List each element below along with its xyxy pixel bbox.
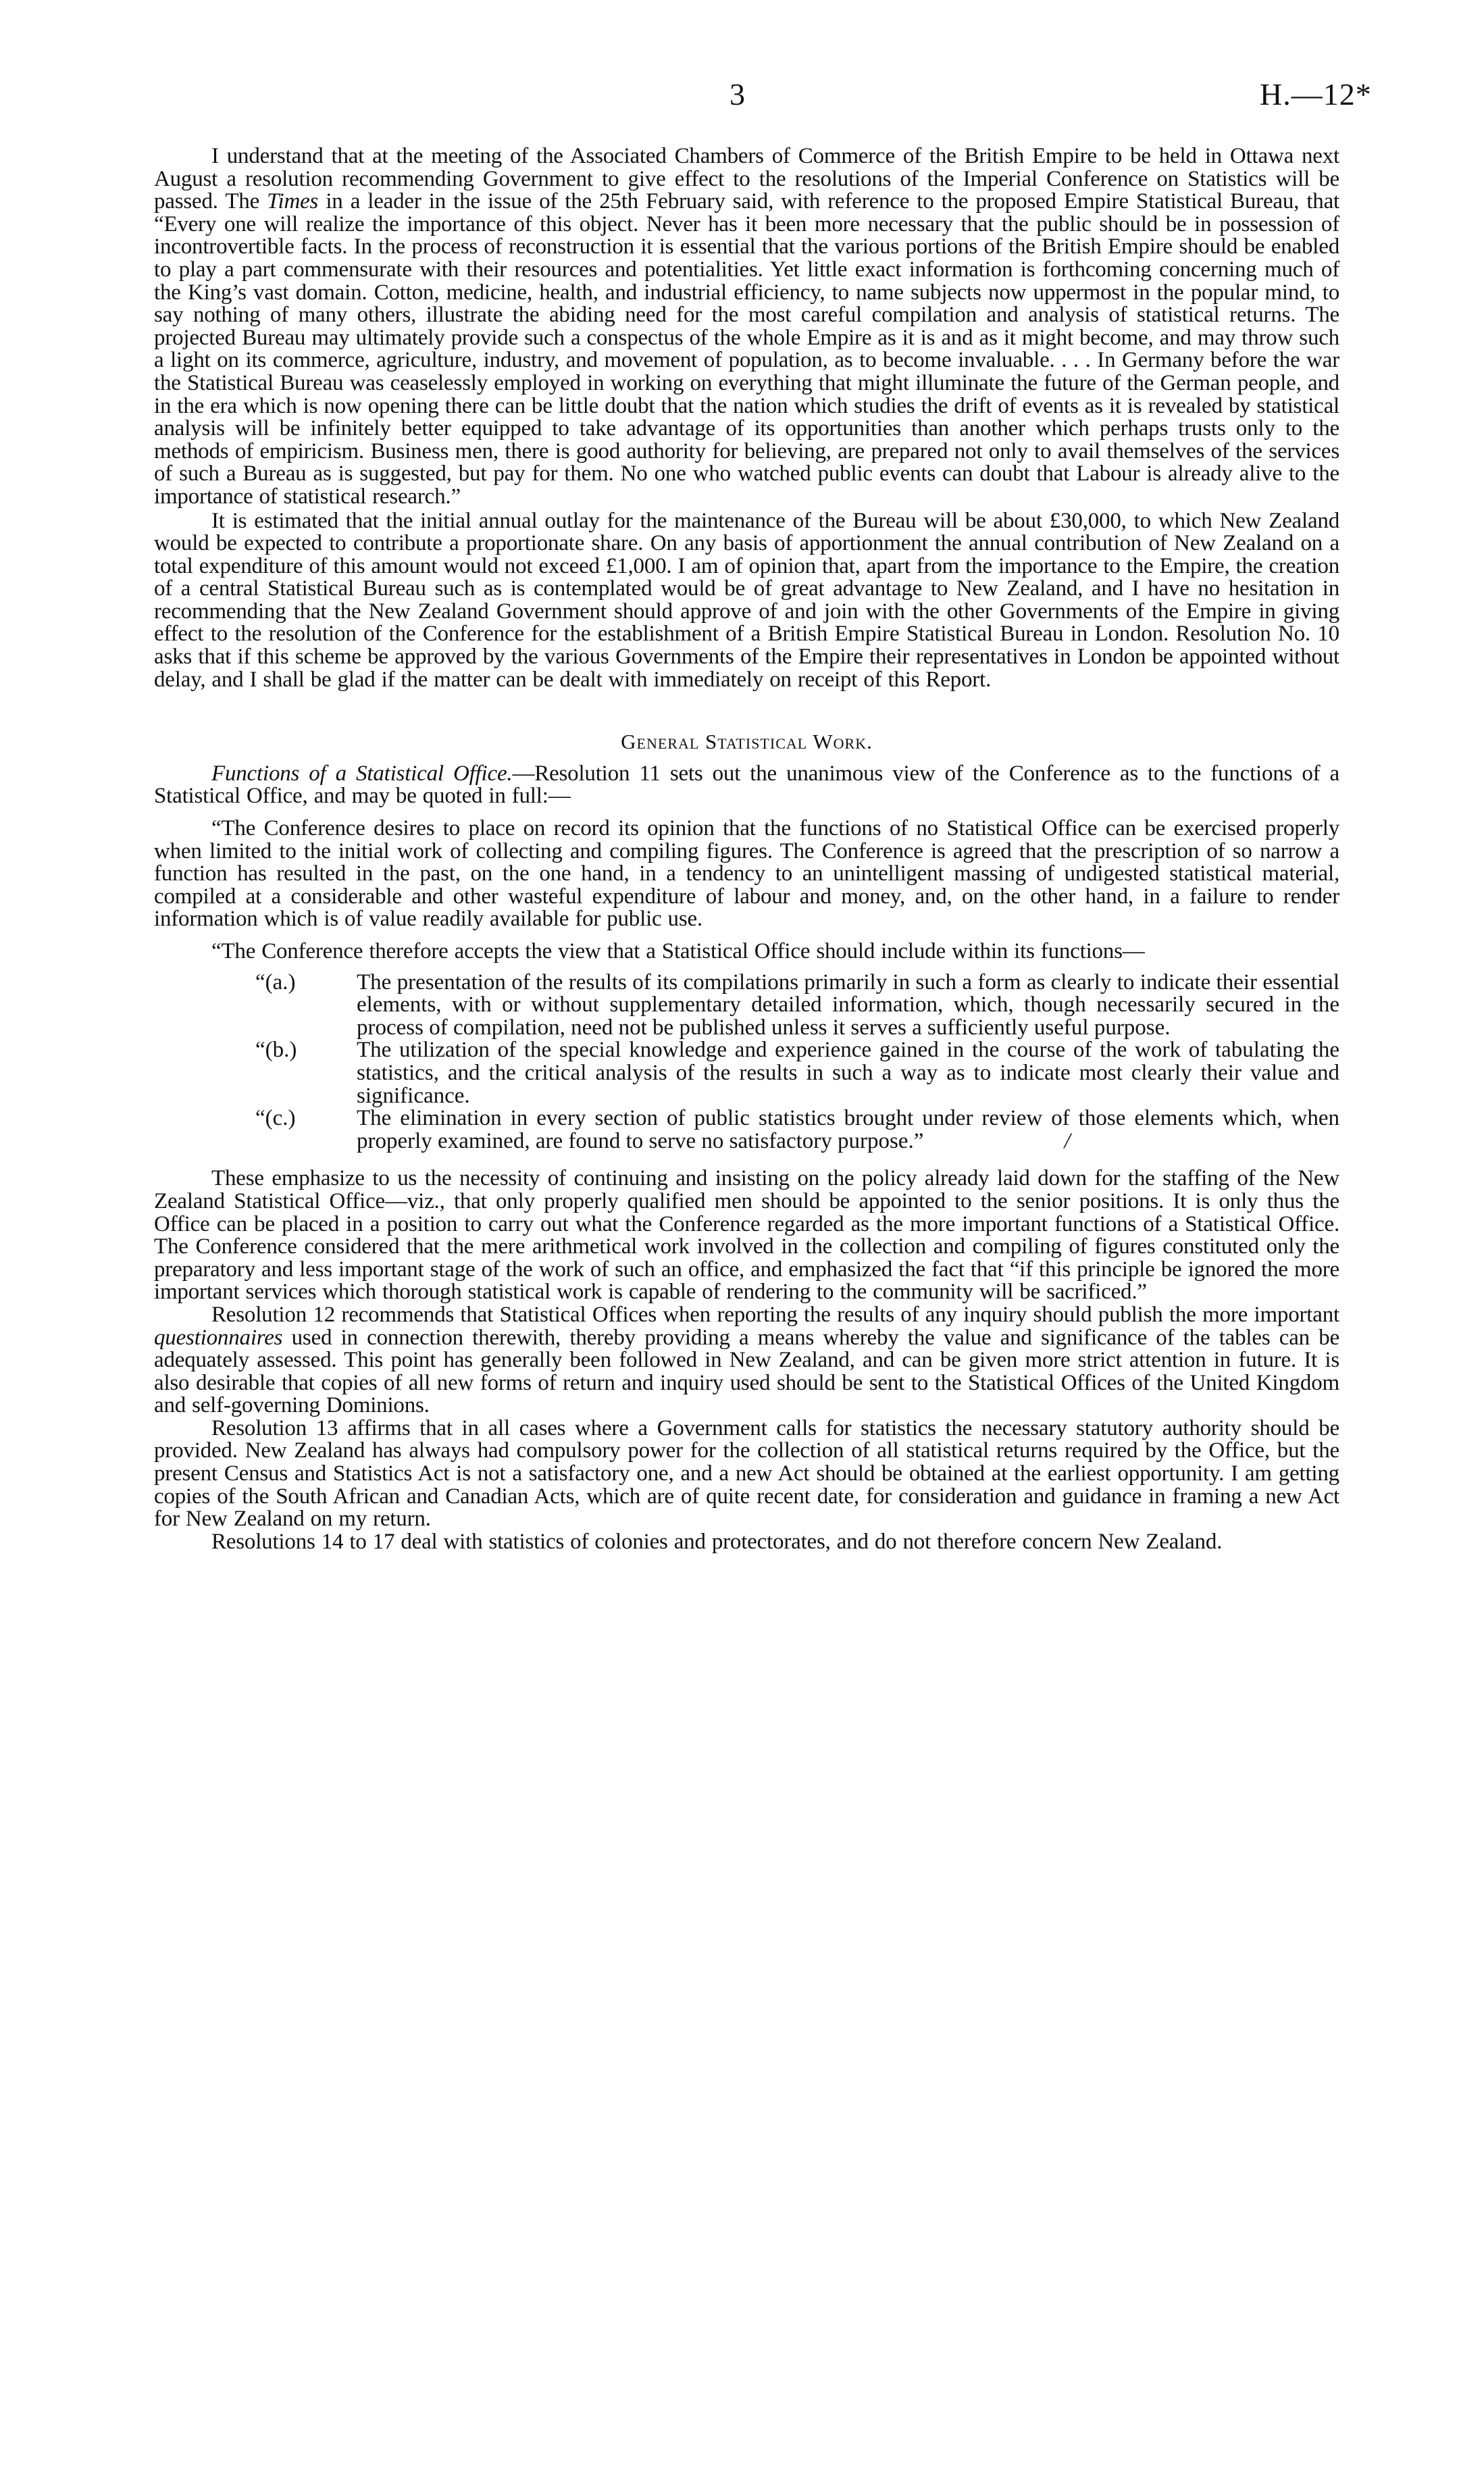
- list-item-c: “(c.) The elimination in every section o…: [154, 1107, 1339, 1153]
- paragraph-text: used in connection therewith, thereby pr…: [154, 1326, 1339, 1418]
- list-item-b: “(b.) The utilization of the special kno…: [154, 1039, 1339, 1107]
- page-header: 3 H.—12*: [0, 76, 1484, 116]
- paragraph-resolution-13: Resolution 13 affirms that in all cases …: [154, 1417, 1339, 1531]
- list-item-a: “(a.) The presentation of the results of…: [154, 972, 1339, 1040]
- italic-term: questionnaires: [154, 1326, 282, 1350]
- list-item-text: The utilization of the special knowledge…: [357, 1038, 1339, 1107]
- quote-paragraph-1: “The Conference desires to place on reco…: [154, 817, 1339, 931]
- functions-list: “(a.) The presentation of the results of…: [154, 972, 1339, 1153]
- paragraph-resolutions-14-17: Resolutions 14 to 17 deal with statistic…: [154, 1531, 1339, 1554]
- stray-pen-mark: /: [1065, 1130, 1071, 1153]
- subsection-title: Functions of a Statistical Office.: [211, 761, 512, 786]
- italic-publication-title: Times: [267, 189, 318, 213]
- document-body: I understand that at the meeting of the …: [154, 145, 1339, 1553]
- list-item-text: The elimination in every section of publ…: [357, 1106, 1339, 1153]
- quote-paragraph-2: “The Conference therefore accepts the vi…: [154, 940, 1339, 963]
- document-reference: H.—12*: [1260, 76, 1372, 114]
- paragraph-resolution-12: Resolution 12 recommends that Statistica…: [154, 1304, 1339, 1417]
- list-marker: “(c.): [255, 1107, 357, 1130]
- paragraph-functions-intro: Functions of a Statistical Office.—Resol…: [154, 763, 1339, 808]
- list-marker: “(b.): [255, 1039, 357, 1062]
- section-heading: General Statistical Work.: [154, 730, 1339, 753]
- paragraph-text: Resolution 12 recommends that Statistica…: [211, 1303, 1339, 1327]
- paragraph-chambers-of-commerce: I understand that at the meeting of the …: [154, 145, 1339, 509]
- list-item-text: The presentation of the results of its c…: [357, 970, 1339, 1040]
- paragraph-text: in a leader in the issue of the 25th Feb…: [154, 189, 1339, 509]
- page-number: 3: [730, 76, 745, 114]
- list-marker: “(a.): [255, 972, 357, 995]
- paragraph-bureau-cost: It is estimated that the initial annual …: [154, 510, 1339, 692]
- paragraph-staffing-policy: These emphasize to us the necessity of c…: [154, 1167, 1339, 1304]
